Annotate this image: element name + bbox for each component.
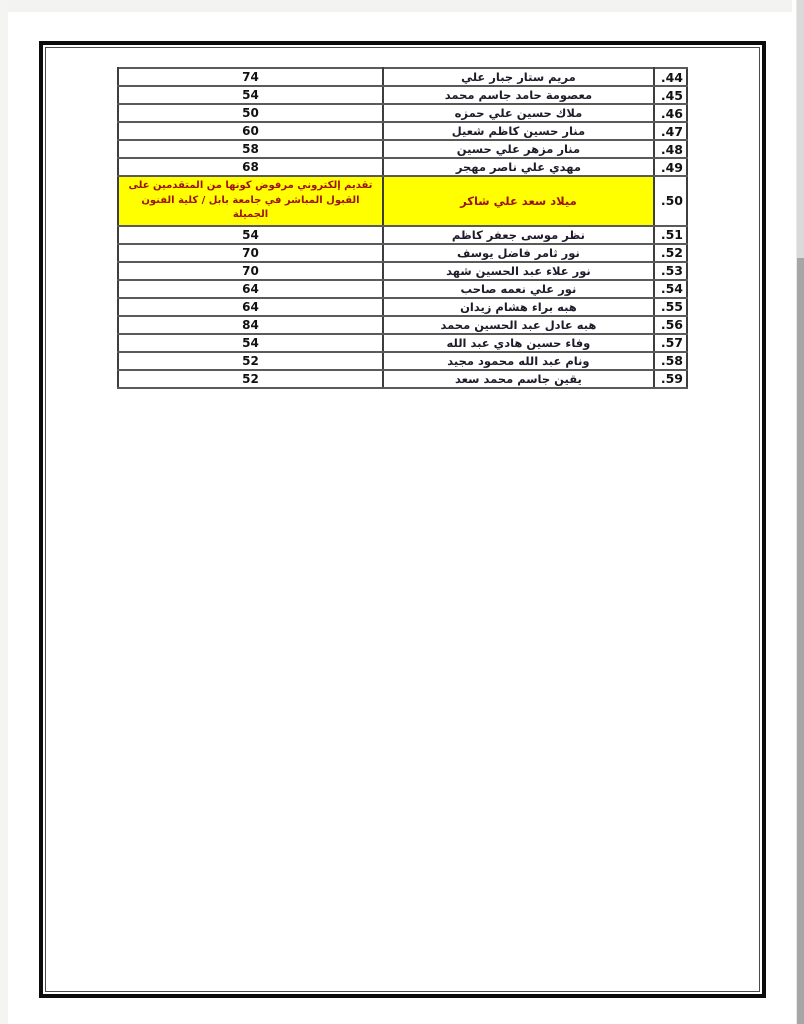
row-number-cell: .54	[654, 280, 687, 298]
row-number-cell: .52	[654, 244, 687, 262]
score-cell: 54	[118, 226, 383, 244]
row-number-cell: .58	[654, 352, 687, 370]
score-cell: 54	[118, 86, 383, 104]
table-row: .53 نور علاء عبد الحسين شهد 70	[118, 262, 687, 280]
table-row: .55 هبه براء هشام زيدان 64	[118, 298, 687, 316]
student-name-cell: هبه عادل عبد الحسين محمد	[383, 316, 654, 334]
student-name-cell: نور علي نعمه صاحب	[383, 280, 654, 298]
table-row: .49 مهدي علي ناصر مهجر 68	[118, 158, 687, 176]
row-number-cell: .44	[654, 68, 687, 86]
student-name-cell: معصومة حامد جاسم محمد	[383, 86, 654, 104]
student-name-cell: وفاء حسين هادي عبد الله	[383, 334, 654, 352]
score-cell: 52	[118, 370, 383, 388]
scrollbar-track[interactable]	[796, 0, 804, 1024]
score-cell: 68	[118, 158, 383, 176]
student-name-cell: ملاك حسين علي حمزه	[383, 104, 654, 122]
score-cell: 70	[118, 262, 383, 280]
table-row: .48 منار مزهر علي حسين 58	[118, 140, 687, 158]
student-name-cell: ميلاد سعد علي شاكر	[383, 176, 654, 226]
table-row: .57 وفاء حسين هادي عبد الله 54	[118, 334, 687, 352]
table-row: .45 معصومة حامد جاسم محمد 54	[118, 86, 687, 104]
score-cell: 84	[118, 316, 383, 334]
score-cell: تقديم إلكتروني مرفوض كونها من المتقدمين …	[118, 176, 383, 226]
score-cell: 54	[118, 334, 383, 352]
row-number-cell: .48	[654, 140, 687, 158]
viewer-background: .44 مريم ستار جبار علي 74 .45 معصومة حام…	[0, 0, 804, 1024]
table-row: .50 ميلاد سعد علي شاكر تقديم إلكتروني مر…	[118, 176, 687, 226]
table-row: .52 نور ثامر فاضل يوسف 70	[118, 244, 687, 262]
row-number-cell: .53	[654, 262, 687, 280]
table-row: .46 ملاك حسين علي حمزه 50	[118, 104, 687, 122]
student-name-cell: نظر موسى جعفر كاظم	[383, 226, 654, 244]
score-cell: 64	[118, 280, 383, 298]
table-row: .59 يقين جاسم محمد سعد 52	[118, 370, 687, 388]
score-cell: 58	[118, 140, 383, 158]
table-row: .56 هبه عادل عبد الحسين محمد 84	[118, 316, 687, 334]
score-cell: 70	[118, 244, 383, 262]
student-name-cell: منار مزهر علي حسين	[383, 140, 654, 158]
scrollbar-thumb[interactable]	[797, 258, 804, 1024]
student-name-cell: نور ثامر فاضل يوسف	[383, 244, 654, 262]
student-name-cell: منار حسين كاظم شعيل	[383, 122, 654, 140]
student-name-cell: نور علاء عبد الحسين شهد	[383, 262, 654, 280]
row-number-cell: .59	[654, 370, 687, 388]
student-name-cell: مهدي علي ناصر مهجر	[383, 158, 654, 176]
row-number-cell: .46	[654, 104, 687, 122]
row-number-cell: .49	[654, 158, 687, 176]
row-number-cell: .57	[654, 334, 687, 352]
student-name-cell: مريم ستار جبار علي	[383, 68, 654, 86]
row-number-cell: .50	[654, 176, 687, 226]
student-name-cell: هبه براء هشام زيدان	[383, 298, 654, 316]
results-table-body: .44 مريم ستار جبار علي 74 .45 معصومة حام…	[118, 68, 687, 388]
score-cell: 64	[118, 298, 383, 316]
student-name-cell: يقين جاسم محمد سعد	[383, 370, 654, 388]
row-number-cell: .45	[654, 86, 687, 104]
row-number-cell: .56	[654, 316, 687, 334]
score-cell: 74	[118, 68, 383, 86]
table-row: .47 منار حسين كاظم شعيل 60	[118, 122, 687, 140]
row-number-cell: .47	[654, 122, 687, 140]
row-number-cell: .51	[654, 226, 687, 244]
viewer-top-margin	[0, 0, 792, 12]
table-row: .51 نظر موسى جعفر كاظم 54	[118, 226, 687, 244]
row-number-cell: .55	[654, 298, 687, 316]
table-row: .54 نور علي نعمه صاحب 64	[118, 280, 687, 298]
table-row: .44 مريم ستار جبار علي 74	[118, 68, 687, 86]
score-cell: 60	[118, 122, 383, 140]
table-row: .58 ونام عبد الله محمود مجيد 52	[118, 352, 687, 370]
student-name-cell: ونام عبد الله محمود مجيد	[383, 352, 654, 370]
score-cell: 50	[118, 104, 383, 122]
results-table: .44 مريم ستار جبار علي 74 .45 معصومة حام…	[117, 67, 688, 389]
score-cell: 52	[118, 352, 383, 370]
viewer-left-margin	[0, 0, 8, 1024]
